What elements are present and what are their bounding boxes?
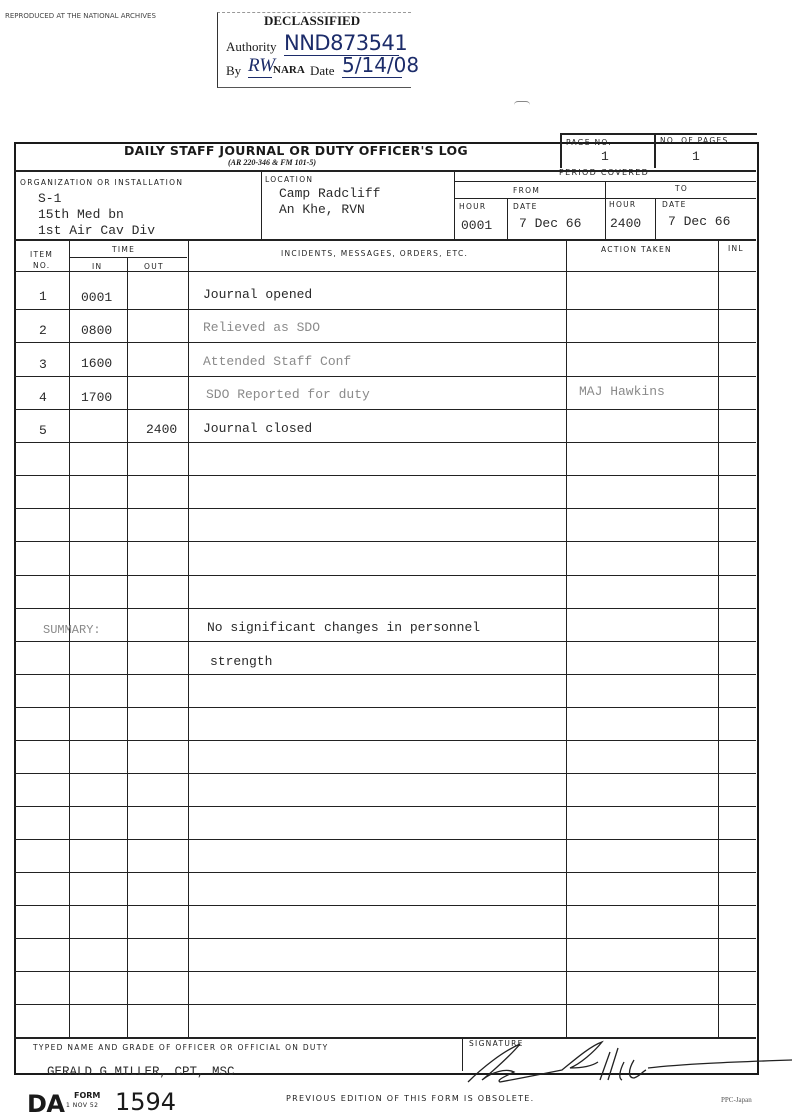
obsolete-note: PREVIOUS EDITION OF THIS FORM IS OBSOLET… bbox=[286, 1094, 535, 1103]
no-of-pages-label: NO. OF PAGES bbox=[660, 136, 729, 145]
from-label: FROM bbox=[513, 186, 540, 195]
organization-label: ORGANIZATION OR INSTALLATION bbox=[20, 178, 183, 187]
archive-note: REPRODUCED AT THE NATIONAL ARCHIVES bbox=[5, 12, 156, 20]
col-item-label-2: NO. bbox=[33, 261, 51, 270]
form-prefix: DA bbox=[27, 1090, 65, 1112]
location-label: LOCATION bbox=[265, 175, 313, 184]
row-4-action: MAJ Hawkins bbox=[579, 384, 665, 399]
col-action-label: ACTION TAKEN bbox=[601, 245, 672, 254]
col-inl-label: INL bbox=[728, 244, 744, 253]
stamp-by-label: By bbox=[226, 63, 241, 79]
stamp-title: DECLASSIFIED bbox=[264, 13, 360, 29]
form-number: 1594 bbox=[115, 1088, 176, 1112]
stray-mark bbox=[514, 101, 530, 105]
officer-name: GERALD G MILLER, CPT, MSC bbox=[47, 1065, 235, 1079]
summary-line-2: strength bbox=[210, 654, 272, 669]
stamp-date-label: Date bbox=[310, 63, 335, 79]
row-4-in: 1700 bbox=[81, 390, 112, 405]
to-label: TO bbox=[675, 184, 688, 193]
row-4-incident: SDO Reported for duty bbox=[206, 387, 370, 402]
row-5-item: 5 bbox=[39, 423, 47, 438]
organization-line-3: 1st Air Cav Div bbox=[38, 223, 155, 238]
form-subtitle: (AR 220-346 & FM 101-5) bbox=[228, 158, 316, 167]
page-no-label: PAGE NO. bbox=[566, 138, 612, 147]
summary-label: SUMMARY: bbox=[43, 623, 101, 637]
stamp-date-value: 5/14/08 bbox=[342, 53, 402, 78]
from-hour-label: HOUR bbox=[459, 202, 486, 211]
stamp-initials: RW bbox=[248, 55, 272, 78]
signature-icon bbox=[462, 1038, 803, 1086]
col-incidents-label: INCIDENTS, MESSAGES, ORDERS, ETC. bbox=[281, 249, 468, 258]
to-hour-value: 2400 bbox=[610, 216, 641, 231]
printer-note: PPC-Japan bbox=[721, 1096, 752, 1104]
row-2-item: 2 bbox=[39, 323, 47, 338]
location-line-1: Camp Radcliff bbox=[279, 186, 380, 201]
form-word: FORM bbox=[74, 1091, 100, 1100]
to-date-value: 7 Dec 66 bbox=[668, 214, 730, 229]
row-1-item: 1 bbox=[39, 289, 47, 304]
officer-label: TYPED NAME AND GRADE OF OFFICER OR OFFIC… bbox=[33, 1043, 329, 1052]
col-in-label: IN bbox=[92, 262, 102, 271]
row-5-out: 2400 bbox=[146, 422, 177, 437]
declassified-stamp: DECLASSIFIED Authority NND873541 By RW N… bbox=[217, 12, 411, 88]
location-line-2: An Khe, RVN bbox=[279, 202, 365, 217]
organization-line-1: S-1 bbox=[38, 191, 61, 206]
form-date: 1 NOV 52 bbox=[66, 1102, 98, 1109]
row-3-incident: Attended Staff Conf bbox=[203, 354, 351, 369]
col-out-label: OUT bbox=[144, 262, 164, 271]
row-2-in: 0800 bbox=[81, 323, 112, 338]
col-item-label-1: ITEM bbox=[30, 250, 53, 259]
from-date-value: 7 Dec 66 bbox=[519, 216, 581, 231]
form-title: DAILY STAFF JOURNAL OR DUTY OFFICER'S LO… bbox=[124, 143, 468, 158]
col-time-label: TIME bbox=[112, 245, 135, 254]
no-of-pages-value: 1 bbox=[692, 149, 700, 164]
row-1-incident: Journal opened bbox=[203, 287, 312, 302]
row-3-in: 1600 bbox=[81, 356, 112, 371]
stamp-nara-label: NARA bbox=[273, 64, 305, 76]
page-no-value: 1 bbox=[601, 149, 609, 164]
to-date-label: DATE bbox=[662, 200, 687, 209]
row-4-item: 4 bbox=[39, 390, 47, 405]
summary-line-1: No significant changes in personnel bbox=[207, 620, 480, 635]
row-2-incident: Relieved as SDO bbox=[203, 320, 320, 335]
organization-line-2: 15th Med bn bbox=[38, 207, 124, 222]
stamp-authority-label: Authority bbox=[226, 39, 277, 55]
row-3-item: 3 bbox=[39, 357, 47, 372]
to-hour-label: HOUR bbox=[609, 200, 636, 209]
period-covered-label: PERIOD COVERED bbox=[559, 168, 649, 177]
row-5-incident: Journal closed bbox=[203, 421, 312, 436]
from-date-label: DATE bbox=[513, 202, 538, 211]
from-hour-value: 0001 bbox=[461, 218, 492, 233]
row-1-in: 0001 bbox=[81, 290, 112, 305]
